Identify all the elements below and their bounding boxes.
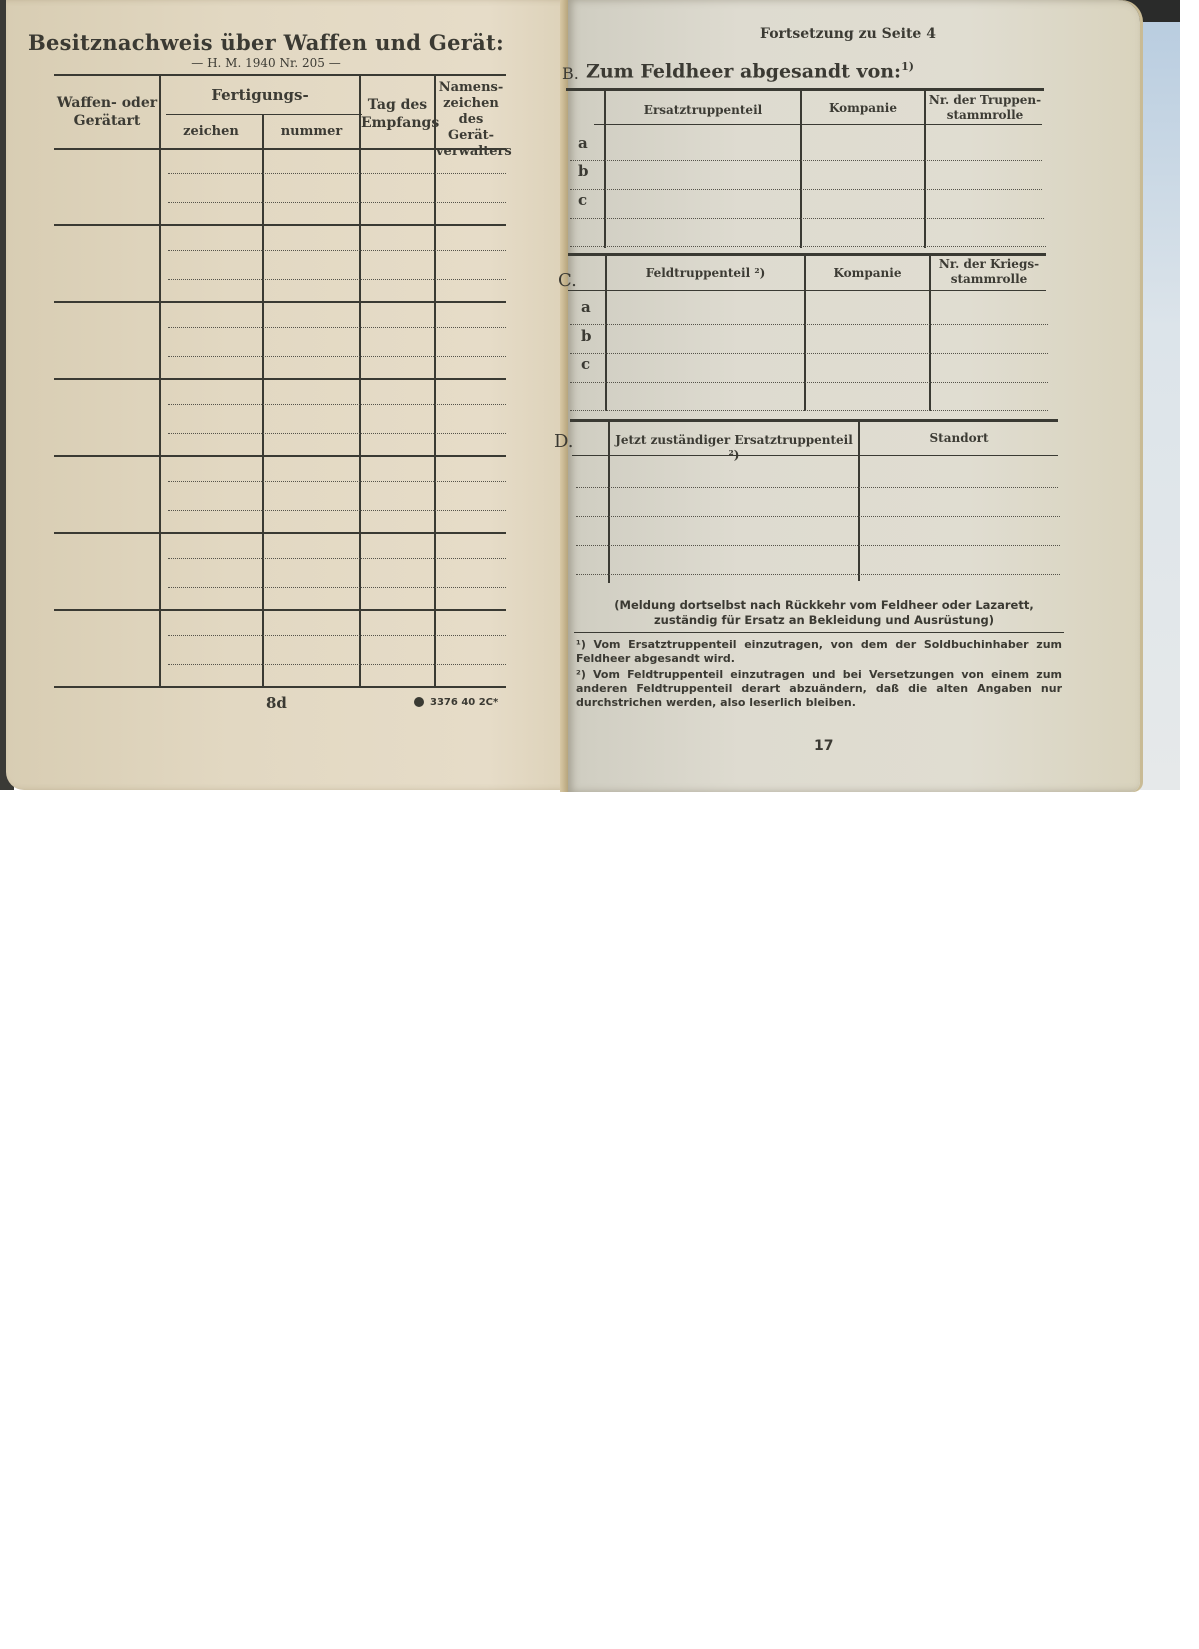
entry-line[interactable] — [570, 353, 1048, 354]
col-header-zeichen: zeichen — [161, 124, 261, 139]
entry-line[interactable] — [168, 404, 506, 405]
right-page: Fortsetzung zu Seite 4 B. Zum Feldheer a… — [568, 0, 1140, 792]
row-label-a: a — [578, 134, 588, 152]
entry-line[interactable] — [576, 545, 1060, 546]
col-header-type: Waffen- oder Gerätart — [56, 94, 158, 130]
footnote-2: ²) Vom Feldtruppenteil einzutragen und b… — [576, 668, 1062, 710]
report-note: (Meldung dortselbst nach Rückkehr vom Fe… — [590, 598, 1058, 628]
row-label-a: a — [581, 298, 591, 316]
col-header-zustaendiger-ersatztruppenteil: Jetzt zuständiger Ersatztruppenteil ²) — [610, 433, 858, 463]
section-c-letter: C. — [558, 270, 577, 291]
row-label-b: b — [581, 327, 592, 345]
section-d-letter: D. — [554, 431, 574, 452]
entry-line[interactable] — [576, 487, 1058, 488]
entry-line[interactable] — [168, 558, 506, 559]
entry-line[interactable] — [576, 516, 1060, 517]
print-mark: 3376 40 2C* — [414, 697, 498, 708]
page-number: 17 — [814, 738, 833, 754]
footnote-1: ¹) Vom Ersatztruppenteil einzutragen, vo… — [576, 638, 1062, 666]
left-page-title: Besitznachweis über Waffen und Gerät: — [6, 30, 526, 55]
col-header-kompanie: Kompanie — [802, 101, 924, 116]
entry-line[interactable] — [168, 481, 506, 482]
entry-line[interactable] — [168, 173, 506, 174]
entry-line[interactable] — [168, 510, 506, 511]
entry-line[interactable] — [570, 160, 1042, 161]
entry-line[interactable] — [570, 382, 1048, 383]
entry-line[interactable] — [570, 246, 1046, 247]
printer-code: 8d — [266, 694, 287, 712]
section-b-title: Zum Feldheer abgesandt von:1) — [586, 60, 914, 82]
col-header-fertigungs: Fertigungs- — [161, 88, 359, 103]
entry-line[interactable] — [576, 574, 1060, 575]
entry-line[interactable] — [168, 664, 506, 665]
left-page-subtitle: — H. M. 1940 Nr. 205 — — [6, 56, 526, 70]
entry-line[interactable] — [168, 356, 506, 357]
row-label-c: c — [581, 355, 590, 373]
col-header-feldtruppenteil: Feldtruppenteil ²) — [607, 266, 804, 281]
row-label-b: b — [578, 162, 589, 180]
entry-line[interactable] — [168, 327, 506, 328]
entry-line[interactable] — [168, 202, 506, 203]
entry-line[interactable] — [168, 250, 506, 251]
col-header-nummer: nummer — [264, 124, 359, 139]
scanner-background — [1140, 20, 1180, 790]
col-header-signature: Namens- zeichen des Gerät- verwalters — [436, 80, 506, 160]
continuation-header: Fortsetzung zu Seite 4 — [568, 26, 1128, 42]
entry-line[interactable] — [570, 324, 1048, 325]
entry-line[interactable] — [168, 279, 506, 280]
col-header-kompanie-c: Kompanie — [806, 266, 929, 281]
entry-line[interactable] — [168, 433, 506, 434]
entry-line[interactable] — [570, 410, 1048, 411]
section-b-letter: B. — [562, 64, 579, 83]
entry-line[interactable] — [168, 635, 506, 636]
booklet-scan: Besitznachweis über Waffen und Gerät: — … — [0, 0, 1180, 800]
col-header-date: Tag des Empfangs — [361, 96, 434, 132]
print-number: 3376 40 2C* — [430, 697, 498, 708]
left-page: Besitznachweis über Waffen und Gerät: — … — [6, 0, 572, 790]
entry-line[interactable] — [168, 587, 506, 588]
col-header-truppenstammrolle: Nr. der Truppen- stammrolle — [926, 93, 1044, 123]
col-header-standort: Standort — [860, 431, 1058, 446]
row-label-c: c — [578, 191, 587, 209]
entry-line[interactable] — [570, 218, 1044, 219]
col-header-ersatztruppenteil: Ersatztruppenteil — [606, 103, 800, 118]
col-header-kriegsstammrolle: Nr. der Kriegs- stammrolle — [931, 257, 1047, 287]
entry-line[interactable] — [570, 189, 1042, 190]
printer-emblem-icon — [414, 697, 424, 707]
